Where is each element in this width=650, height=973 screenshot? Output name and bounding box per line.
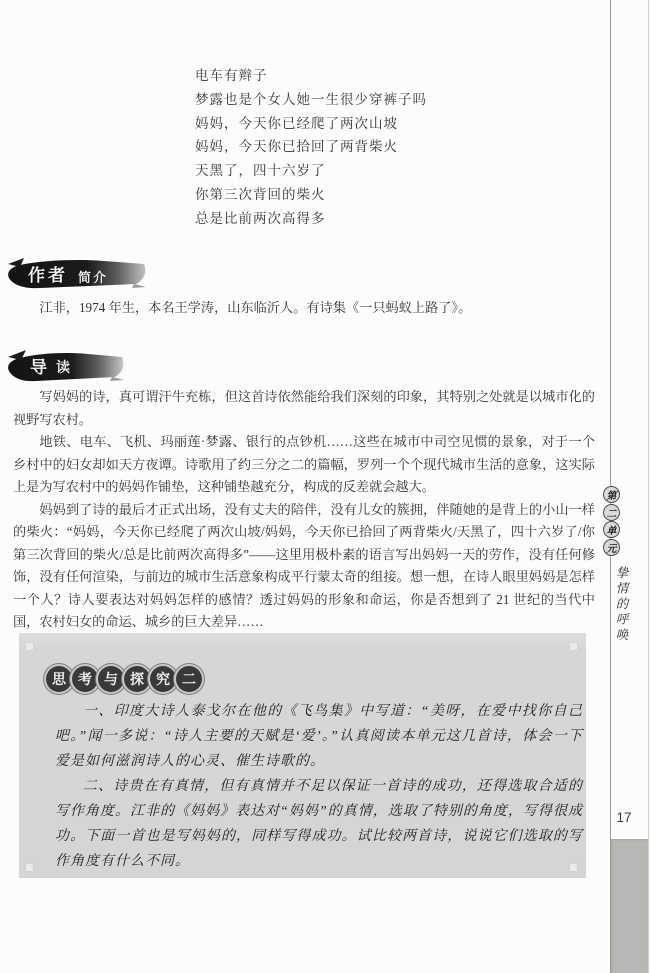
unit-char-badge: 二	[603, 504, 620, 521]
page-number: 17	[608, 810, 640, 825]
unit-char-badge: 元	[603, 539, 620, 556]
poem-line: 梦露也是个女人她一生很少穿裤子吗	[195, 88, 427, 112]
unit-char-badge: 第	[603, 486, 620, 503]
reading-guide-title: 导	[30, 353, 50, 378]
exercise-question: 一、印度大诗人泰戈尔在他的《飞鸟集》中写道：“美呀，在爱中找你自己吧。”闻一多说…	[55, 699, 583, 774]
unit-number-badges: 第 二 单 元	[603, 486, 620, 556]
corner-ornament	[26, 643, 33, 650]
author-intro-text: 江非，1974 年生，本名王学涛，山东临沂人。有诗集《一只蚂蚁上路了》。	[13, 296, 595, 320]
author-intro-header: 作者 简介	[6, 256, 148, 292]
guide-paragraph: 地铁、电车、飞机、玛丽莲·梦露、银行的点钞机……这些在城市中司空见惯的景象，对于…	[13, 431, 595, 499]
poem-line: 电车有辫子	[195, 64, 427, 88]
poem-excerpt: 电车有辫子 梦露也是个女人她一生很少穿裤子吗 妈妈，今天你已经爬了两次山坡 妈妈…	[195, 64, 427, 231]
exercise-box: 思 考 与 探 究 二 一、印度大诗人泰戈尔在他的《飞鸟集》中写道：“美呀，在爱…	[19, 633, 586, 878]
unit-title-vertical: 挚情的呼唤	[612, 566, 630, 644]
title-char-badge: 思	[46, 666, 72, 692]
author-intro-title: 作者	[28, 261, 68, 286]
poem-line: 天黑了，四十六岁了	[195, 159, 427, 183]
textbook-page: 电车有辫子 梦露也是个女人她一生很少穿裤子吗 妈妈，今天你已经爬了两次山坡 妈妈…	[0, 0, 650, 973]
title-char-badge: 二	[176, 666, 202, 692]
exercise-box-title: 思 考 与 探 究 二	[46, 666, 202, 692]
corner-ornament	[26, 864, 33, 871]
reading-guide-subtitle: 读	[56, 357, 72, 377]
corner-ornament	[570, 643, 577, 650]
reading-guide-header: 导 读	[6, 349, 126, 385]
unit-char-badge: 单	[603, 521, 620, 538]
title-char-badge: 究	[150, 666, 176, 692]
title-char-badge: 与	[98, 666, 124, 692]
author-intro-subtitle: 简介	[78, 267, 108, 286]
poem-line: 妈妈，今天你已拾回了两背柴火	[195, 135, 427, 159]
guide-paragraph: 写妈妈的诗，真可谓汗牛充栋，但这首诗依然能给我们深刻的印象，其特别之处就是以城市…	[13, 386, 595, 431]
page-edge-line	[648, 0, 649, 973]
exercise-questions: 一、印度大诗人泰戈尔在他的《飞鸟集》中写道：“美呀，在爱中找你自己吧。”闻一多说…	[55, 699, 583, 874]
reading-guide-text: 写妈妈的诗，真可谓汗牛充栋，但这首诗依然能给我们深刻的印象，其特别之处就是以城市…	[13, 386, 595, 634]
title-char-badge: 考	[72, 666, 98, 692]
poem-line: 总是比前两次高得多	[195, 207, 427, 231]
poem-line: 你第三次背回的柴火	[195, 183, 427, 207]
title-char-badge: 探	[124, 666, 150, 692]
poem-line: 妈妈，今天你已经爬了两次山坡	[195, 112, 427, 136]
exercise-question: 二、诗贵在有真情，但有真情并不足以保证一首诗的成功，还得选取合适的写作角度。江非…	[55, 774, 583, 874]
guide-paragraph: 妈妈到了诗的最后才正式出场，没有丈夫的陪伴，没有儿女的簇拥，伴随她的是背上的小山…	[13, 499, 595, 634]
unit-edge-tab	[611, 839, 648, 973]
